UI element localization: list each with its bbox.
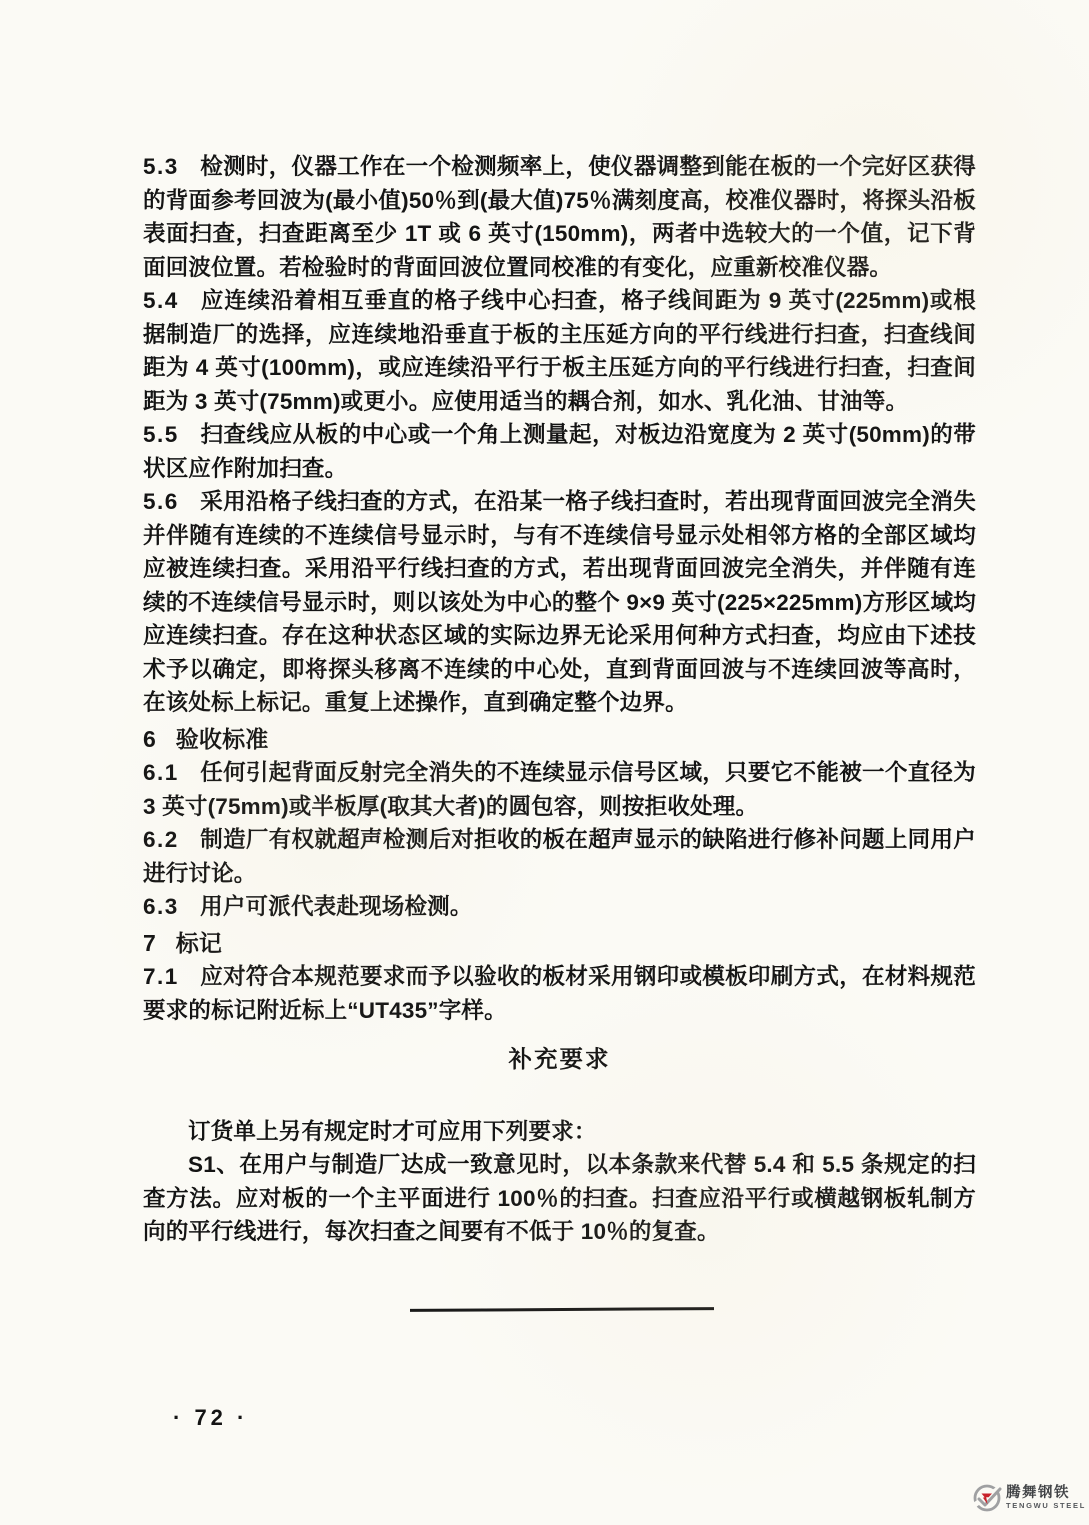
clause-5-6: 5.6采用沿格子线扫查的方式，在沿某一格子线扫查时，若出现背面回波完全消失并伴随… [143,485,976,720]
watermark-en-text: TENGWU STEEL [1006,1501,1086,1511]
section-number: 6 [143,726,157,752]
clause-text: 制造厂有权就超声检测后对拒收的板在超声显示的缺陷进行修补问题上同用户进行讨论。 [143,827,976,886]
clause-5-3: 5.3检测时，仪器工作在一个检测频率上，使仪器调整到能在板的一个完好区获得的背面… [143,150,976,284]
clause-number: 5.6 [143,489,179,514]
clause-number: 6.2 [143,827,179,852]
clause-7-1: 7.1应对符合本规范要求而予以验收的板材采用钢印或模板印刷方式，在材料规范要求的… [143,960,976,1027]
watermark-cn-text: 腾舞钢铁 [1006,1485,1086,1502]
clause-number: 6.1 [143,760,179,785]
document-body: 5.3检测时，仪器工作在一个检测频率上，使仪器调整到能在板的一个完好区获得的背面… [143,150,976,1249]
supplement-intro-paragraph: 订货单上另有规定时才可应用下列要求： [143,1115,976,1149]
scanned-document-page: 5.3检测时，仪器工作在一个检测频率上，使仪器调整到能在板的一个完好区获得的背面… [0,0,1089,1525]
clause-number: 5.5 [143,422,179,447]
watermark-text-block: 腾舞钢铁 TENGWU STEEL [1006,1485,1086,1511]
section-7-heading: 7标记 [143,927,976,961]
clause-5-5: 5.5扫查线应从板的中心或一个角上测量起，对板边沿宽度为 2 英寸(50mm)的… [143,418,976,485]
footer-divider-line [410,1307,714,1312]
tengwu-steel-logo-icon [972,1483,1002,1513]
section-6-heading: 6验收标准 [143,723,976,757]
supplement-s1-paragraph: S1、在用户与制造厂达成一致意见时，以本条款来代替 5.4 和 5.5 条规定的… [143,1148,976,1249]
clause-6-1: 6.1任何引起背面反射完全消失的不连续显示信号区域，只要它不能被一个直径为 3 … [143,756,976,823]
clause-text: 应对符合本规范要求而予以验收的板材采用钢印或模板印刷方式，在材料规范要求的标记附… [143,964,976,1023]
clause-number: 5.3 [143,154,179,179]
clause-text: 应连续沿着相互垂直的格子线中心扫查，格子线间距为 9 英寸(225mm)或根据制… [143,288,976,414]
section-title: 验收标准 [176,726,269,752]
section-title: 标记 [176,930,222,956]
page-number: · 72 · [173,1405,248,1431]
clause-number: 7.1 [143,964,179,989]
tengwu-steel-watermark: 腾舞钢铁 TENGWU STEEL [972,1483,1086,1513]
clause-text: 采用沿格子线扫查的方式，在沿某一格子线扫查时，若出现背面回波完全消失并伴随有连续… [143,489,976,715]
clause-text: 扫查线应从板的中心或一个角上测量起，对板边沿宽度为 2 英寸(50mm)的带状区… [143,422,976,481]
clause-6-3: 6.3用户可派代表赴现场检测。 [143,890,976,924]
supplement-title: 补充要求 [143,1043,976,1077]
clause-text: 检测时，仪器工作在一个检测频率上，使仪器调整到能在板的一个完好区获得的背面参考回… [143,154,976,280]
clause-6-2: 6.2制造厂有权就超声检测后对拒收的板在超声显示的缺陷进行修补问题上同用户进行讨… [143,823,976,890]
clause-text: 用户可派代表赴现场检测。 [200,894,472,919]
clause-number: 5.4 [143,288,179,313]
section-number: 7 [143,930,157,956]
clause-5-4: 5.4应连续沿着相互垂直的格子线中心扫查，格子线间距为 9 英寸(225mm)或… [143,284,976,418]
clause-text: 任何引起背面反射完全消失的不连续显示信号区域，只要它不能被一个直径为 3 英寸(… [143,760,976,819]
clause-number: 6.3 [143,894,179,919]
